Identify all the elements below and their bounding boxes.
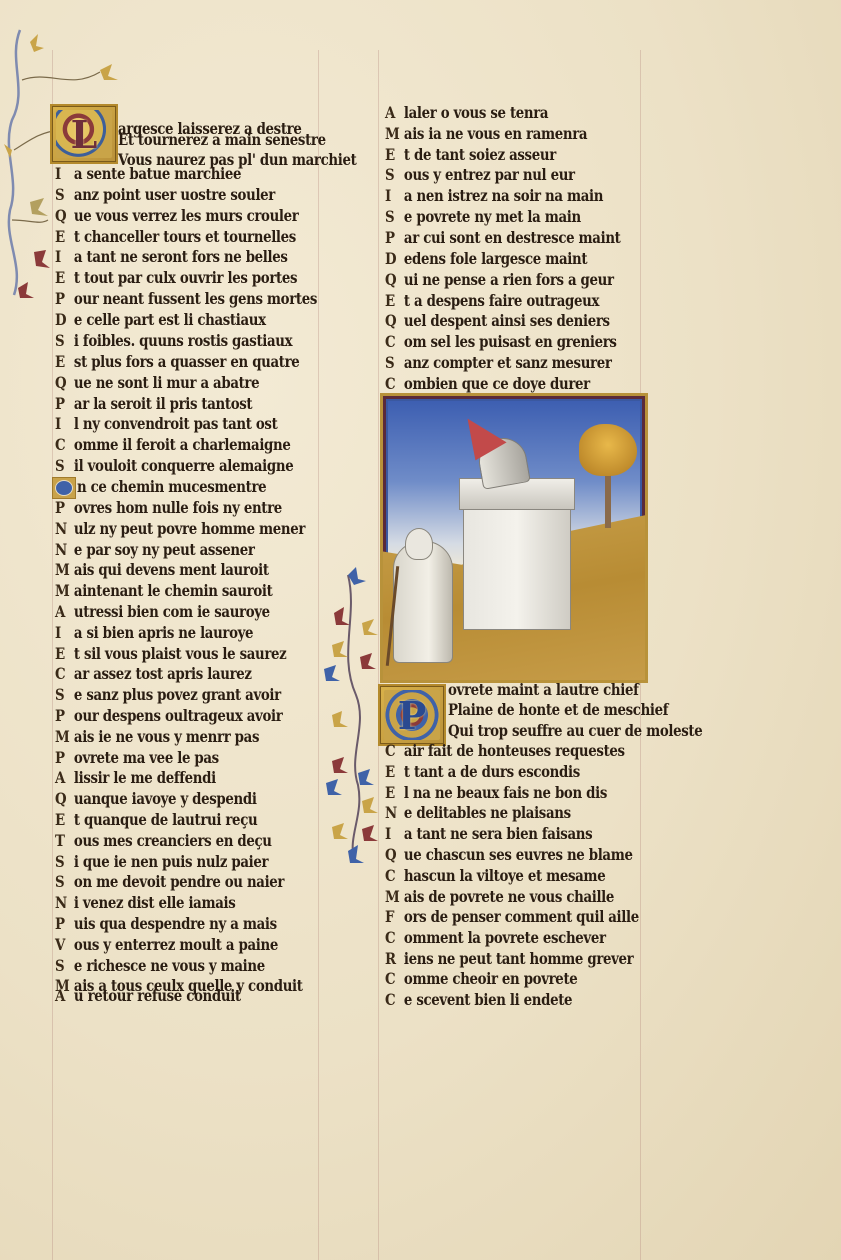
text-line: Qui trop seuffre au cuer de moleste [448, 721, 702, 741]
text-line: Plaine de honte et de meschief [448, 700, 668, 720]
text-line: Chascun la viltoye et mesame [385, 866, 605, 886]
text-line: Ce scevent bien li endete [385, 990, 572, 1010]
text-line: Comment la povrete eschever [385, 928, 606, 948]
text-line: Comme cheoir en povrete [385, 969, 577, 989]
text-line: Fors de penser comment quil aille [385, 907, 639, 927]
text-line: Et tant a de durs escondis [385, 762, 580, 782]
text-line: Ia tant ne sera bien faisans [385, 824, 592, 844]
text-line: ovrete maint a lautre chief [448, 680, 638, 700]
text-line: Riens ne peut tant homme grever [385, 949, 633, 969]
text-line: Cair fait de honteuses requestes [385, 741, 625, 761]
text-line: Ne delitables ne plaisans [385, 803, 571, 823]
text-line: El na ne beaux fais ne bon dis [385, 783, 607, 803]
text-line: Que chascun ses euvres ne blame [385, 845, 633, 865]
right-column-bottom: ovrete maint a lautre chief Plaine de ho… [0, 0, 841, 1260]
text-line: Mais de povrete ne vous chaille [385, 887, 614, 907]
